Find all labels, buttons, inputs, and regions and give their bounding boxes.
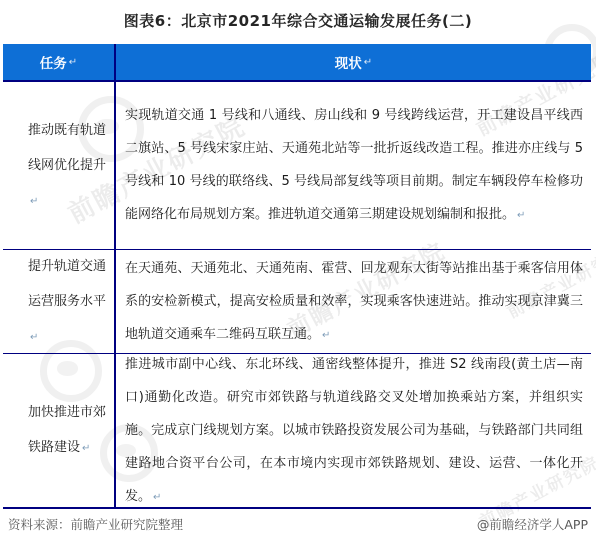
brand-credit: @前瞻经济学人APP xyxy=(477,515,588,533)
table-row: 提升轨道交通运营服务水平↵ 在天通苑、天通苑北、天通苑南、霍营、回龙观东大街等站… xyxy=(3,250,591,354)
return-mark-icon: ↵ xyxy=(322,330,330,341)
task-cell: 推动既有轨道线网优化提升↵ xyxy=(3,82,116,249)
task-text: 提升轨道交通运营服务水平 xyxy=(28,259,106,309)
return-mark-icon: ↵ xyxy=(69,57,77,68)
table-row: 加快推进市郊铁路建设↵ 推进城市副中心线、东北环线、通密线整体提升，推进 S2 … xyxy=(3,354,591,509)
task-text: 加快推进市郊铁路建设 xyxy=(28,405,106,455)
header-cell-task: 任务 ↵ xyxy=(3,44,116,80)
status-text: 在天通苑、天通苑北、天通苑南、霍营、回龙观东大街等站推出基于乘客信用体系的安检新… xyxy=(125,261,583,342)
return-mark-icon: ↵ xyxy=(364,57,372,68)
header-cell-status: 现状 ↵ xyxy=(116,44,591,80)
table-row: 推动既有轨道线网优化提升↵ 实现轨道交通 1 号线和八通线、房山线和 9 号线跨… xyxy=(3,82,591,250)
source-note: 资料来源：前瞻产业研究院整理 xyxy=(8,515,183,533)
return-mark-icon: ↵ xyxy=(153,492,161,503)
status-cell: 推进城市副中心线、东北环线、通密线整体提升，推进 S2 线南段(黄土店—南口)通… xyxy=(116,354,591,507)
header-status-label: 现状 xyxy=(335,52,362,72)
return-mark-icon: ↵ xyxy=(517,210,525,221)
task-cell: 提升轨道交通运营服务水平↵ xyxy=(3,250,116,353)
table-header-row: 任务 ↵ 现状 ↵ xyxy=(3,44,591,82)
return-mark-icon: ↵ xyxy=(30,196,38,207)
return-mark-icon: ↵ xyxy=(82,443,90,454)
task-text: 推动既有轨道线网优化提升 xyxy=(28,123,106,173)
task-cell: 加快推进市郊铁路建设↵ xyxy=(3,354,116,507)
return-mark-icon: ↵ xyxy=(30,332,38,343)
status-cell: 在天通苑、天通苑北、天通苑南、霍营、回龙观东大街等站推出基于乘客信用体系的安检新… xyxy=(116,250,591,353)
status-text: 推进城市副中心线、东北环线、通密线整体提升，推进 S2 线南段(黄土店—南口)通… xyxy=(125,357,583,504)
status-cell: 实现轨道交通 1 号线和八通线、房山线和 9 号线跨线运营，开工建设昌平线西二旗… xyxy=(116,82,591,249)
header-task-label: 任务 xyxy=(40,52,67,72)
data-table: 任务 ↵ 现状 ↵ 推动既有轨道线网优化提升↵ 实现轨道交通 1 号线和八通线、… xyxy=(3,44,591,509)
report-figure-page: 前瞻产业研究院 前瞻产业研究院 前瞻产业研究院 前瞻产业研究院 前瞻产业研究院 … xyxy=(0,0,596,548)
page-title: 图表6：北京市2021年综合交通运输发展任务(二) xyxy=(0,10,596,31)
status-text: 实现轨道交通 1 号线和八通线、房山线和 9 号线跨线运营，开工建设昌平线西二旗… xyxy=(125,108,583,222)
